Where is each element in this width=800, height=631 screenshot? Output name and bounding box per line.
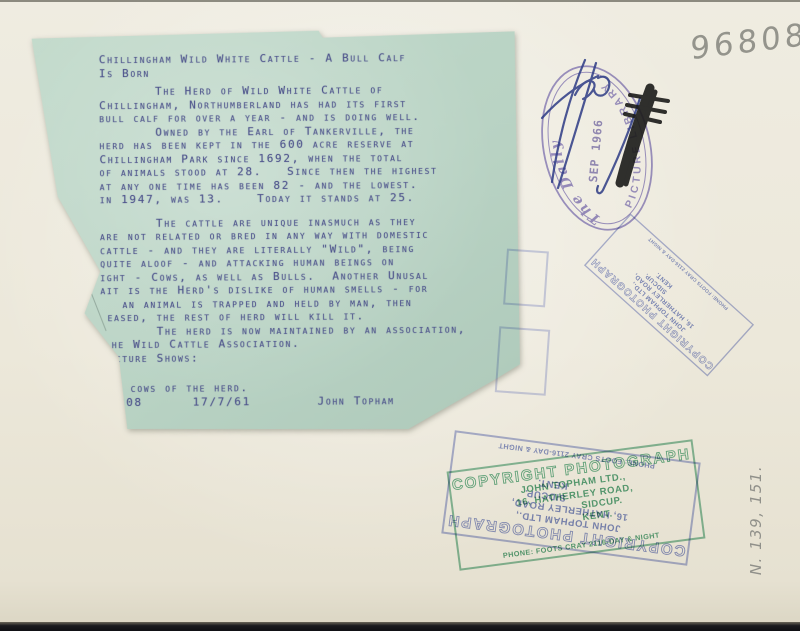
- photo-edge-bottom: [0, 622, 800, 631]
- caption-credit-line: 96808 17/7/61 John Topham: [101, 393, 521, 409]
- stamp-fragment: [503, 249, 549, 308]
- caption-line: in 1947, was 13. Today it stands at 25.: [100, 190, 520, 206]
- caption-line: Picture Shows:: [101, 349, 521, 365]
- caption-sheet-wrap: Chillingham Wild White Cattle - A Bull C…: [29, 28, 524, 435]
- caption-sheet: Chillingham Wild White Cattle - A Bull C…: [29, 28, 524, 435]
- caption-line: The herd is now maintained by an associa…: [157, 322, 521, 338]
- stamp-fragment: [495, 326, 550, 395]
- oval-stamp-date: SEP 1966: [586, 119, 605, 183]
- photo-verso: Chillingham Wild White Cattle - A Bull C…: [0, 0, 800, 631]
- typed-caption: Chillingham Wild White Cattle - A Bull C…: [99, 50, 521, 409]
- copyright-stamp-county: KENT.: [582, 508, 614, 523]
- copyright-stamp-title: COPYRIGHT PHOTOGRAPH: [588, 256, 715, 372]
- photo-edge-top: [0, 0, 800, 2]
- archive-number-pencil: 96808: [690, 17, 800, 68]
- oval-library-stamp: The Daily PICTURE LIBRARY SEP 1966: [522, 53, 672, 243]
- filing-reference-pencil: N. 139, 151.: [747, 410, 763, 630]
